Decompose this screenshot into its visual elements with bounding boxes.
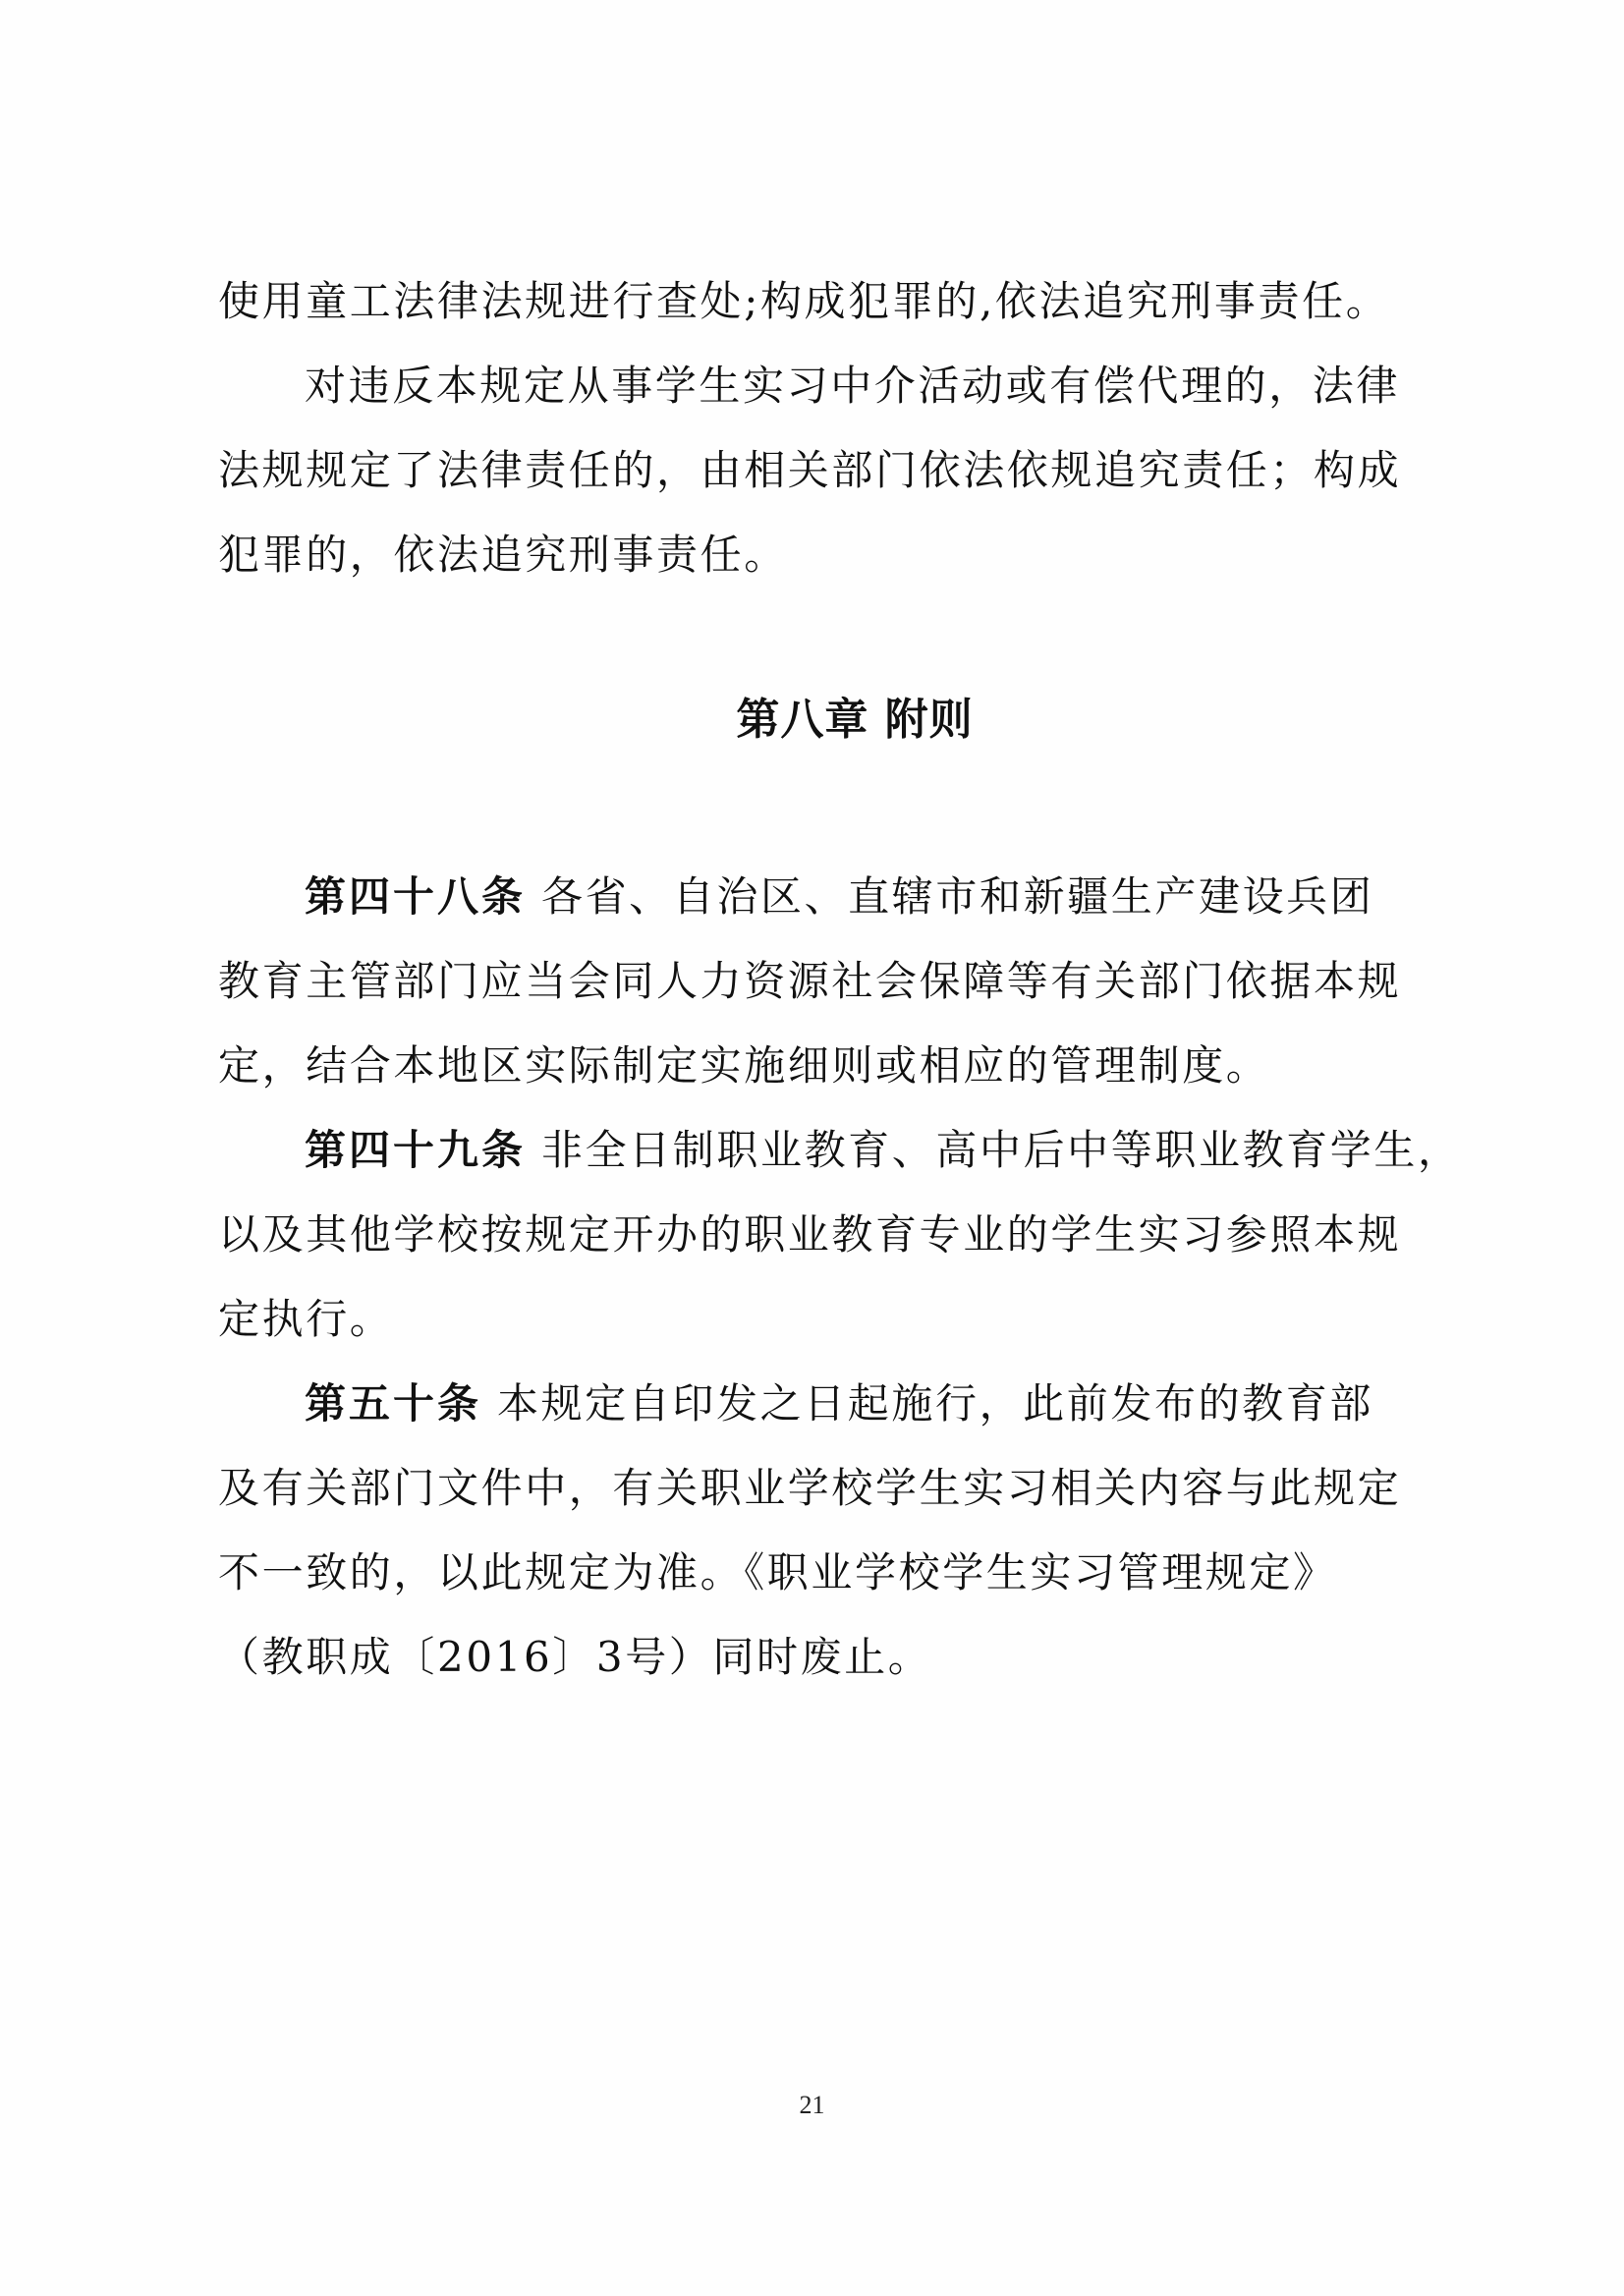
paragraph-line: 法规规定了法律责任的，由相关部门依法依规追究责任；构成 (218, 446, 1417, 495)
paragraph-line: 定，结合本地区实际制定实施细则或相应的管理制度。 (218, 1041, 1417, 1091)
paragraph-line: 对违反本规定从事学生实习中介活动或有偿代理的，法律 (305, 362, 1503, 411)
paragraph-line: 教育主管部门应当会同人力资源社会保障等有关部门依据本规 (218, 957, 1417, 1006)
article-text: 各省、自治区、直辖市和新疆生产建设兵团 (526, 872, 1373, 921)
article-50-first-line: 第五十条 本规定自印发之日起施行，此前发布的教育部 (305, 1379, 1503, 1428)
paragraph-line: 定执行。 (218, 1295, 1417, 1344)
article-49-first-line: 第四十九条 非全日制职业教育、高中后中等职业教育学生， (305, 1126, 1503, 1175)
page-number: 21 (0, 2091, 1624, 2120)
paragraph-line: 以及其他学校按规定开办的职业教育专业的学生实习参照本规 (218, 1210, 1417, 1260)
article-48-first-line: 第四十八条 各省、自治区、直辖市和新疆生产建设兵团 (305, 872, 1503, 922)
article-label: 第四十八条 (305, 872, 526, 921)
paragraph-line: 及有关部门文件中，有关职业学校学生实习相关内容与此规定 (218, 1464, 1417, 1513)
document-page: 使用童工法律法规进行查处;构成犯罪的,依法追究刑事责任。 对违反本规定从事学生实… (0, 0, 1624, 2296)
article-text: 非全日制职业教育、高中后中等职业教育学生， (526, 1126, 1462, 1174)
paragraph-line: （教职成〔2016〕3号）同时废止。 (218, 1633, 1417, 1682)
chapter-heading: 第八章 附则 (0, 693, 1624, 748)
article-label: 第四十九条 (305, 1126, 526, 1174)
paragraph-line: 使用童工法律法规进行查处;构成犯罪的,依法追究刑事责任。 (218, 277, 1417, 326)
paragraph-line: 犯罪的，依法追究刑事责任。 (218, 531, 1417, 580)
paragraph-line: 不一致的，以此规定为准。《职业学校学生实习管理规定》 (218, 1548, 1417, 1597)
article-label: 第五十条 (305, 1379, 481, 1428)
article-text: 本规定自印发之日起施行，此前发布的教育部 (481, 1379, 1373, 1428)
